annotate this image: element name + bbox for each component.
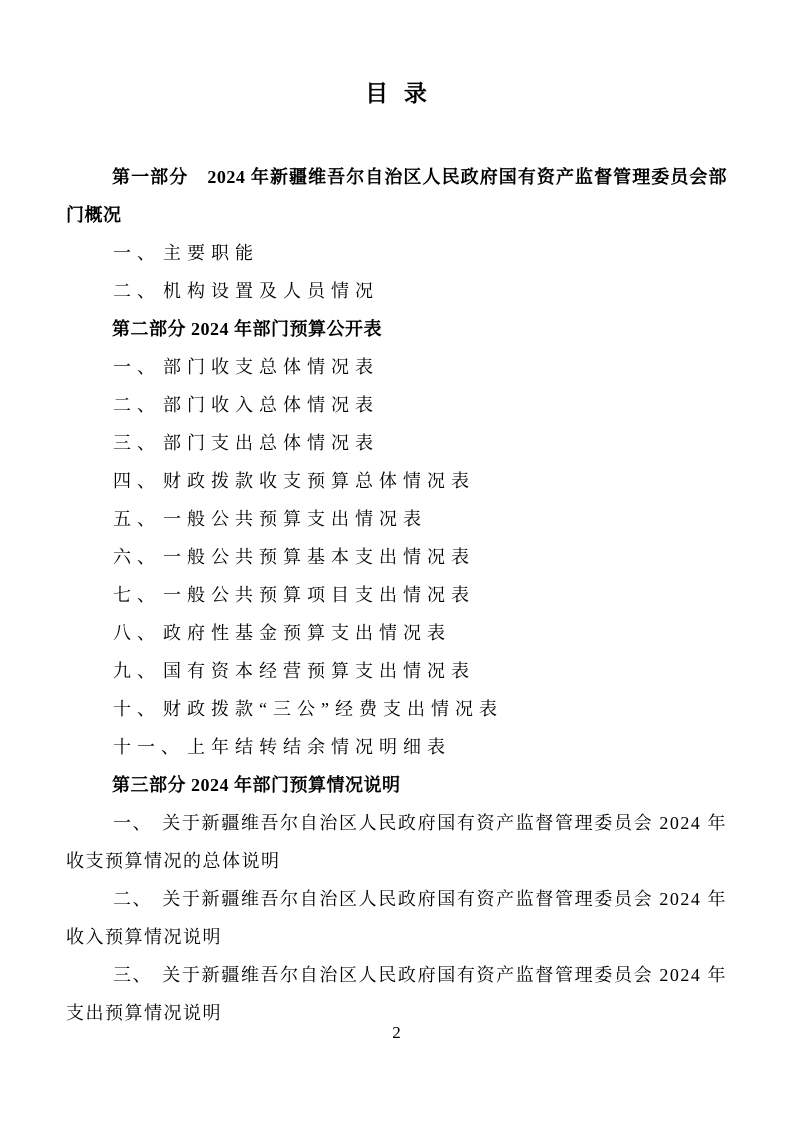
document-title: 目 录: [0, 0, 793, 108]
item-number: 二、: [113, 889, 152, 909]
item-text: 一般公共预算基本支出情况表: [163, 547, 475, 567]
item-number: 十、: [113, 699, 161, 719]
toc-item: 一、部门收支总体情况表: [66, 348, 727, 386]
item-number: 七、: [113, 585, 161, 605]
item-number: 六、: [113, 547, 161, 567]
item-number: 一、: [113, 243, 161, 263]
item-number: 五、: [113, 509, 161, 529]
toc-item: 二、部门收入总体情况表: [66, 386, 727, 424]
section-heading-part2: 第二部分 2024 年部门预算公开表: [66, 310, 727, 348]
toc-item: 十一、上年结转结余情况明细表: [66, 728, 727, 766]
document-page: 目 录 第一部分 2024 年新疆维吾尔自治区人民政府国有资产监督管理委员会部门…: [0, 0, 793, 1122]
toc-item: 三、部门支出总体情况表: [66, 424, 727, 462]
item-number: 十一、: [113, 737, 185, 757]
toc-item: 十、财政拨款“三公”经费支出情况表: [66, 690, 727, 728]
toc-item: 三、关于新疆维吾尔自治区人民政府国有资产监督管理委员会 2024 年支出预算情况…: [66, 956, 727, 1032]
item-text: 政府性基金预算支出情况表: [163, 623, 451, 643]
item-number: 二、: [113, 395, 161, 415]
item-text: 关于新疆维吾尔自治区人民政府国有资产监督管理委员会 2024 年支出预算情况说明: [66, 965, 727, 1023]
table-of-contents: 第一部分 2024 年新疆维吾尔自治区人民政府国有资产监督管理委员会部门概况 一…: [0, 158, 793, 1032]
item-text: 上年结转结余情况明细表: [187, 737, 451, 757]
toc-item: 一、关于新疆维吾尔自治区人民政府国有资产监督管理委员会 2024 年收支预算情况…: [66, 804, 727, 880]
toc-item: 二、机构设置及人员情况: [66, 272, 727, 310]
toc-item: 一、主要职能: [66, 234, 727, 272]
item-text: 国有资本经营预算支出情况表: [163, 661, 475, 681]
section-heading-part3: 第三部分 2024 年部门预算情况说明: [66, 766, 727, 804]
item-text: 机构设置及人员情况: [163, 281, 379, 301]
item-number: 二、: [113, 281, 161, 301]
section-heading-part1: 第一部分 2024 年新疆维吾尔自治区人民政府国有资产监督管理委员会部门概况: [66, 158, 727, 234]
toc-item: 五、一般公共预算支出情况表: [66, 500, 727, 538]
item-number: 八、: [113, 623, 161, 643]
item-number: 三、: [113, 965, 152, 985]
item-number: 三、: [113, 433, 161, 453]
toc-item: 九、国有资本经营预算支出情况表: [66, 652, 727, 690]
toc-item: 七、一般公共预算项目支出情况表: [66, 576, 727, 614]
toc-item: 六、一般公共预算基本支出情况表: [66, 538, 727, 576]
item-text: 部门收支总体情况表: [163, 357, 379, 377]
item-text: 部门收入总体情况表: [163, 395, 379, 415]
item-number: 一、: [113, 813, 152, 833]
item-number: 九、: [113, 661, 161, 681]
item-number: 四、: [113, 471, 161, 491]
item-text: 关于新疆维吾尔自治区人民政府国有资产监督管理委员会 2024 年收支预算情况的总…: [66, 813, 727, 871]
item-text: 一般公共预算支出情况表: [163, 509, 427, 529]
item-text: 主要职能: [163, 243, 259, 263]
toc-item: 八、政府性基金预算支出情况表: [66, 614, 727, 652]
toc-item: 二、关于新疆维吾尔自治区人民政府国有资产监督管理委员会 2024 年收入预算情况…: [66, 880, 727, 956]
item-text: 一般公共预算项目支出情况表: [163, 585, 475, 605]
item-text: 财政拨款“三公”经费支出情况表: [163, 699, 503, 719]
item-text: 部门支出总体情况表: [163, 433, 379, 453]
item-number: 一、: [113, 357, 161, 377]
toc-item: 四、财政拨款收支预算总体情况表: [66, 462, 727, 500]
page-number: 2: [0, 1024, 793, 1042]
item-text: 关于新疆维吾尔自治区人民政府国有资产监督管理委员会 2024 年收入预算情况说明: [66, 889, 727, 947]
item-text: 财政拨款收支预算总体情况表: [163, 471, 475, 491]
